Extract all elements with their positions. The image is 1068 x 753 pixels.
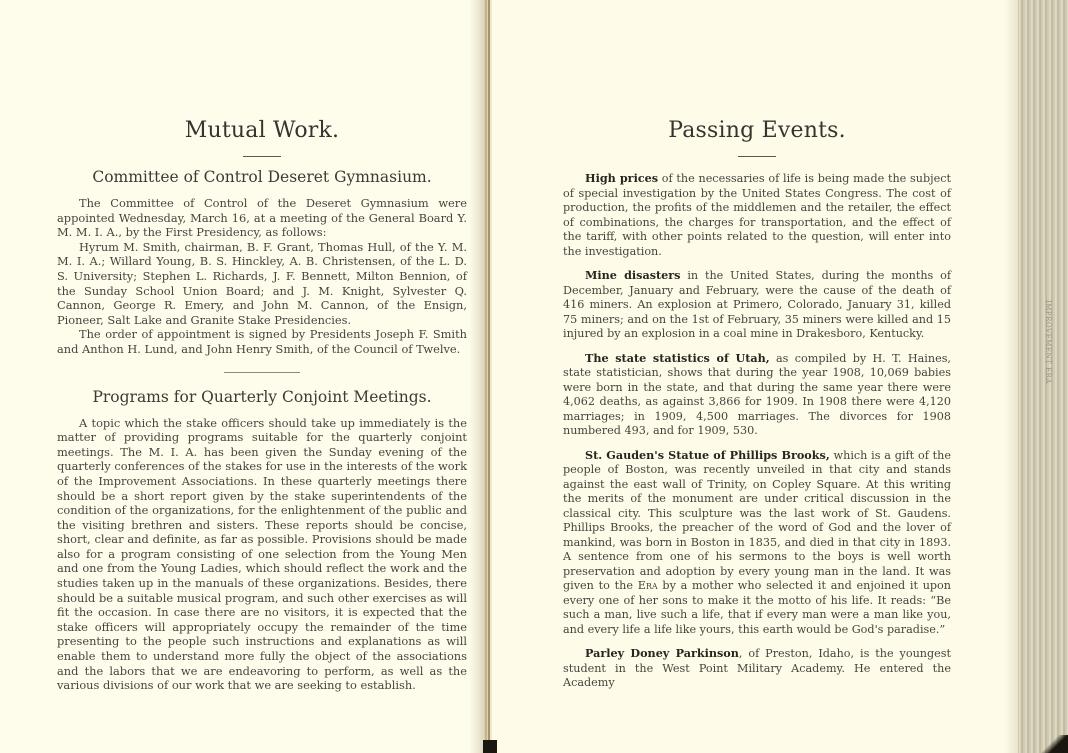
page-title: Mutual Work. [57, 118, 467, 144]
news-item: The state statistics of Utah, as compile… [563, 351, 951, 439]
edge-stamp-text: IMPROVEMENT ERA [1032, 300, 1052, 440]
page-title: Passing Events. [563, 118, 951, 144]
left-page: Mutual Work. Committee of Control Desere… [0, 0, 478, 753]
section-heading: Programs for Quarterly Conjoint Meetings… [57, 387, 467, 407]
news-item: Parley Doney Parkinson, of Preston, Idah… [563, 646, 951, 691]
paragraph: The Committee of Control of the Deseret … [57, 196, 467, 240]
right-page-column: Passing Events. High prices of the neces… [563, 118, 951, 700]
gutter-shadow [483, 740, 497, 753]
news-item-lead: The state statistics of Utah, [585, 351, 770, 365]
news-item: Mine disasters in the United States, dur… [563, 268, 951, 342]
left-page-column: Mutual Work. Committee of Control Desere… [57, 118, 467, 693]
news-item-lead: High prices [585, 171, 658, 185]
section-heading: Committee of Control Deseret Gymnasium. [57, 167, 467, 187]
news-item-text: which is a gift of the people of Boston,… [563, 449, 951, 593]
paragraph: A topic which the stake officers should … [57, 416, 467, 693]
section-rule [224, 372, 300, 373]
book-spread: Mutual Work. Committee of Control Desere… [0, 0, 1068, 753]
paragraph: The order of appointment is signed by Pr… [57, 327, 467, 356]
news-item-lead: Parley Doney Parkinson [585, 646, 739, 660]
title-rule [243, 156, 281, 157]
corner-shadow [1040, 735, 1068, 753]
paragraph: Hyrum M. Smith, chairman, B. F. Grant, T… [57, 240, 467, 328]
title-rule [738, 156, 776, 157]
gutter-seam [488, 0, 490, 753]
era-magazine-name: Era [638, 579, 658, 592]
news-item: High prices of the necessaries of life i… [563, 171, 951, 259]
news-item-lead: Mine disasters [585, 268, 680, 282]
news-item-lead: St. Gauden's Statue of Phillips Brooks, [585, 448, 830, 462]
news-item: St. Gauden's Statue of Phillips Brooks, … [563, 448, 951, 638]
